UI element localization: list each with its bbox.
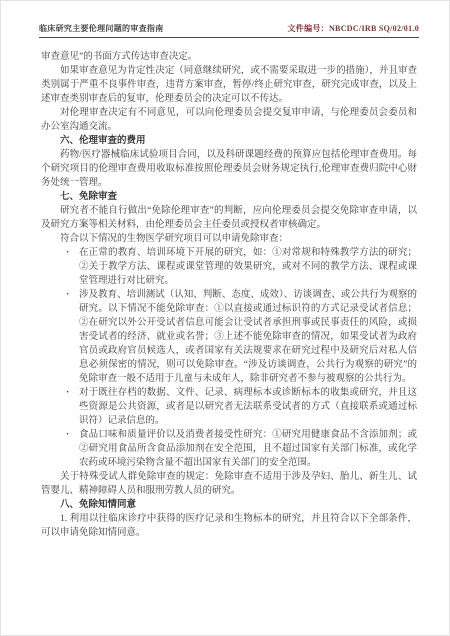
- list-item: ·食品口味和质量评价以及消费者接受性研究：①研究用健康食品不含添加剂；或②研究用…: [66, 428, 417, 470]
- paragraph-carryover: 审查意见”的书面方式传达审查决定。: [41, 50, 417, 64]
- section8-paragraph: 1. 利用以往临床诊疗中获得的医疗记录和生物标本的研究，并且符合以下全部条件，可…: [41, 512, 417, 540]
- exemption-bullet-list: ·在正常的教育、培训环境下开展的研究，如：①对常规和特殊教学方法的研究；②关于教…: [41, 246, 417, 470]
- document-number: 文件编号：NBCDC/IRB SQ/02/01.0: [287, 23, 419, 34]
- list-item-text: 食品口味和质量评价以及消费者接受性研究：①研究用健康食品不含添加剂；或②研究用食…: [79, 430, 417, 468]
- document-number-label: 文件编号：: [287, 24, 329, 33]
- list-item: ·在正常的教育、培训环境下开展的研究，如：①对常规和特殊教学方法的研究；②关于教…: [66, 246, 417, 288]
- section-heading-7: 七、免除审查: [41, 190, 417, 204]
- document-body: 审查意见”的书面方式传达审查决定。 如果审查意见为肯定性决定（同意继续研究，或不…: [41, 50, 417, 540]
- list-item-text: 在正常的教育、培训环境下开展的研究，如：①对常规和特殊教学方法的研究；②关于教学…: [79, 248, 417, 286]
- section7-paragraph-1: 研究者不能自行做出“免除伦理审查”的判断，应向伦理委员会提交免除审查申请，以及研…: [41, 204, 417, 232]
- document-number-value: NBCDC/IRB SQ/02/01.0: [329, 24, 419, 33]
- section6-paragraph: 药物/医疗器械临床试验项目合同，以及科研课题经费的预算应包括伦理审查费用。每个研…: [41, 148, 417, 190]
- bullet-icon: ·: [66, 386, 69, 400]
- list-item-text: 涉及教育、培训测试（认知、判断、态度、成效）、访谈调查、或公共行为观察的研究。以…: [79, 290, 417, 384]
- page-header: 临床研究主要伦理问题的审查指南 文件编号：NBCDC/IRB SQ/02/01.…: [39, 23, 419, 38]
- list-item: ·涉及教育、培训测试（认知、判断、态度、成效）、访谈调查、或公共行为观察的研究。…: [66, 288, 417, 386]
- section-heading-8: 八、免除知情同意: [41, 498, 417, 512]
- paragraph-affirmative-decision: 如果审查意见为肯定性决定（同意继续研究，或不需要采取进一步的措施），并且审查类别…: [41, 64, 417, 106]
- bullet-icon: ·: [66, 288, 69, 302]
- bullet-icon: ·: [66, 246, 69, 260]
- bullet-icon: ·: [66, 428, 69, 442]
- list-item: ·对于既往存档的数据、文件、记录、病理标本或诊断标本的收集或研究，并且这些资源是…: [66, 386, 417, 428]
- document-title: 临床研究主要伦理问题的审查指南: [39, 23, 164, 34]
- list-item-text: 对于既往存档的数据、文件、记录、病理标本或诊断标本的收集或研究，并且这些资源是公…: [79, 388, 417, 426]
- section7-paragraph-3: 关于特殊受试人群免除审查的规定：免除审查不适用于涉及孕妇、胎儿、新生儿、试管婴儿…: [41, 470, 417, 498]
- paragraph-objection: 对伦理审查决定有不同意见，可以向伦理委员会提交复审申请，与伦理委员会委员和办公室…: [41, 106, 417, 134]
- section7-paragraph-2: 符合以下情况的生物医学研究项目可以申请免除审查：: [41, 232, 417, 246]
- section-heading-6: 六、伦理审查的费用: [41, 134, 417, 148]
- document-page: 临床研究主要伦理问题的审查指南 文件编号：NBCDC/IRB SQ/02/01.…: [0, 0, 450, 636]
